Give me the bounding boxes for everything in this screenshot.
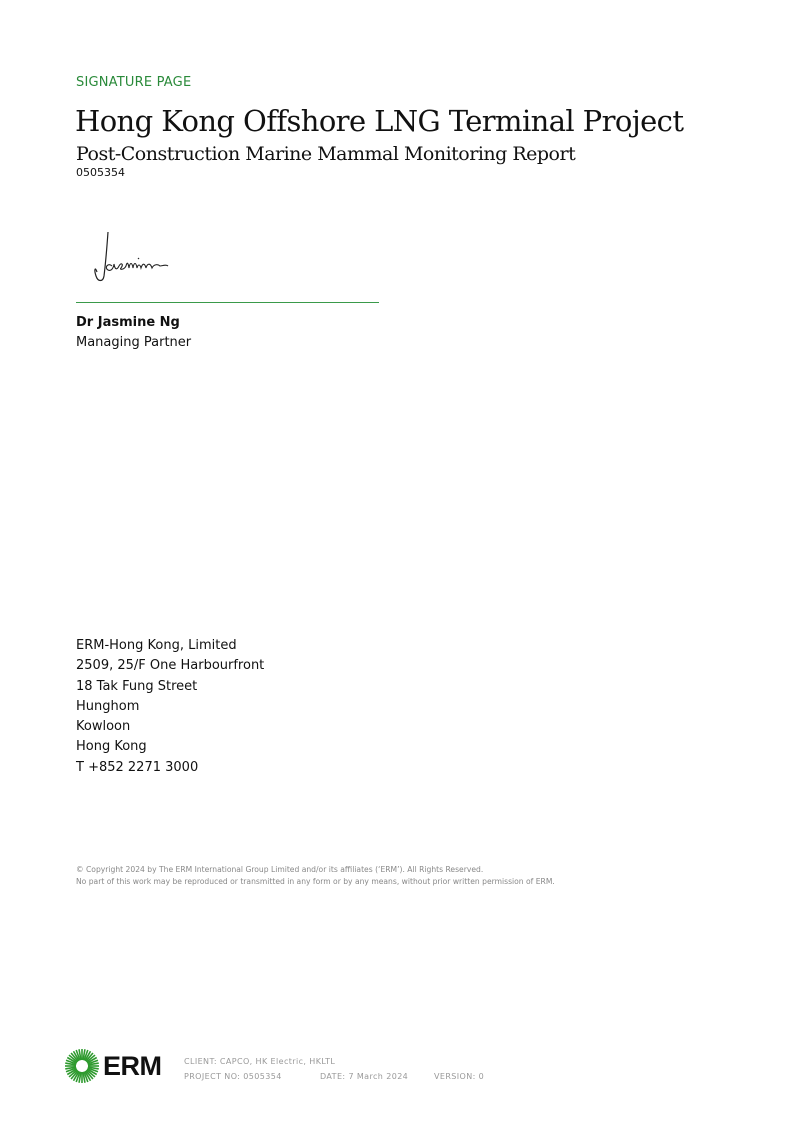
signature-icon [88, 228, 188, 290]
copyright-notice: © Copyright 2024 by The ERM Internationa… [76, 864, 555, 888]
footer-metadata: CLIENT: CAPCO, HK Electric, HKLTL PROJEC… [184, 1054, 484, 1084]
section-label: SIGNATURE PAGE [76, 75, 191, 90]
address-line: Hong Kong [76, 737, 264, 757]
address-line: 2509, 25/F One Harbourfront [76, 656, 264, 676]
report-date: DATE: 7 March 2024 [320, 1069, 434, 1084]
client-info: CLIENT: CAPCO, HK Electric, HKLTL [184, 1054, 335, 1069]
project-number: PROJECT NO: 0505354 [184, 1069, 320, 1084]
signer-name: Dr Jasmine Ng [76, 315, 180, 330]
logo-text: ERM [103, 1051, 162, 1082]
document-subtitle: Post-Construction Marine Mammal Monitori… [76, 143, 575, 165]
report-version: VERSION: 0 [434, 1069, 484, 1084]
copyright-line: © Copyright 2024 by The ERM Internationa… [76, 864, 555, 876]
address-line: ERM-Hong Kong, Limited [76, 636, 264, 656]
address-line: 18 Tak Fung Street [76, 677, 264, 697]
phone-number: T +852 2271 3000 [76, 758, 264, 778]
signature-line [76, 302, 379, 303]
signer-role: Managing Partner [76, 335, 191, 350]
document-number: 0505354 [76, 166, 125, 179]
erm-sunburst-logo-icon [64, 1048, 100, 1084]
company-address: ERM-Hong Kong, Limited 2509, 25/F One Ha… [76, 636, 264, 778]
copyright-line: No part of this work may be reproduced o… [76, 876, 555, 888]
erm-logo: ERM [64, 1048, 162, 1084]
address-line: Kowloon [76, 717, 264, 737]
document-title: Hong Kong Offshore LNG Terminal Project [75, 104, 683, 138]
address-line: Hunghom [76, 697, 264, 717]
